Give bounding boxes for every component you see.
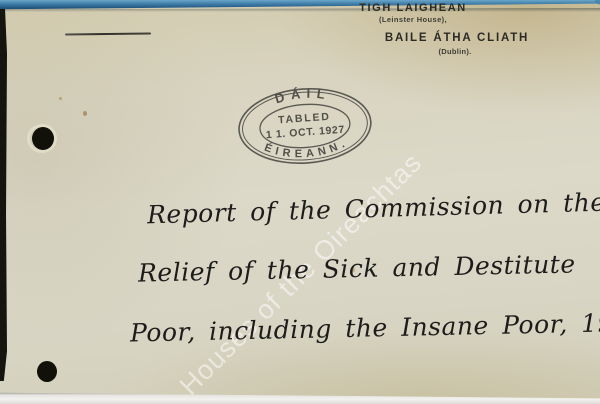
paper-stain [352, 268, 355, 272]
scanned-document-page: TIGH LAIGHEAN (Leinster House), BAILE ÁT… [0, 0, 600, 404]
scan-left-dark-edge [0, 9, 7, 381]
letterhead-house-name: TIGH LAIGHEAN [340, 2, 486, 14]
paper-stain [59, 97, 62, 100]
dail-eireann-tabled-stamp: DÁIL TABLED 1 1. OCT. 1927 ÉIREANN. [228, 78, 382, 176]
stamp-status-text: TABLED [278, 111, 331, 127]
hole-punch-top [32, 127, 54, 150]
letterhead-city-name: BAILE ÁTHA CLIATH [382, 32, 532, 44]
stamp-date-text: 1 1. OCT. 1927 [266, 124, 346, 141]
paper-stain [83, 111, 87, 116]
stamp-arc-top-text: DÁIL [273, 84, 333, 107]
letterhead-house-name-translation: (Leinster House), [352, 15, 474, 24]
letterhead-city-name-translation: (Dublin). [400, 47, 510, 56]
hole-punch-bottom [37, 361, 57, 382]
